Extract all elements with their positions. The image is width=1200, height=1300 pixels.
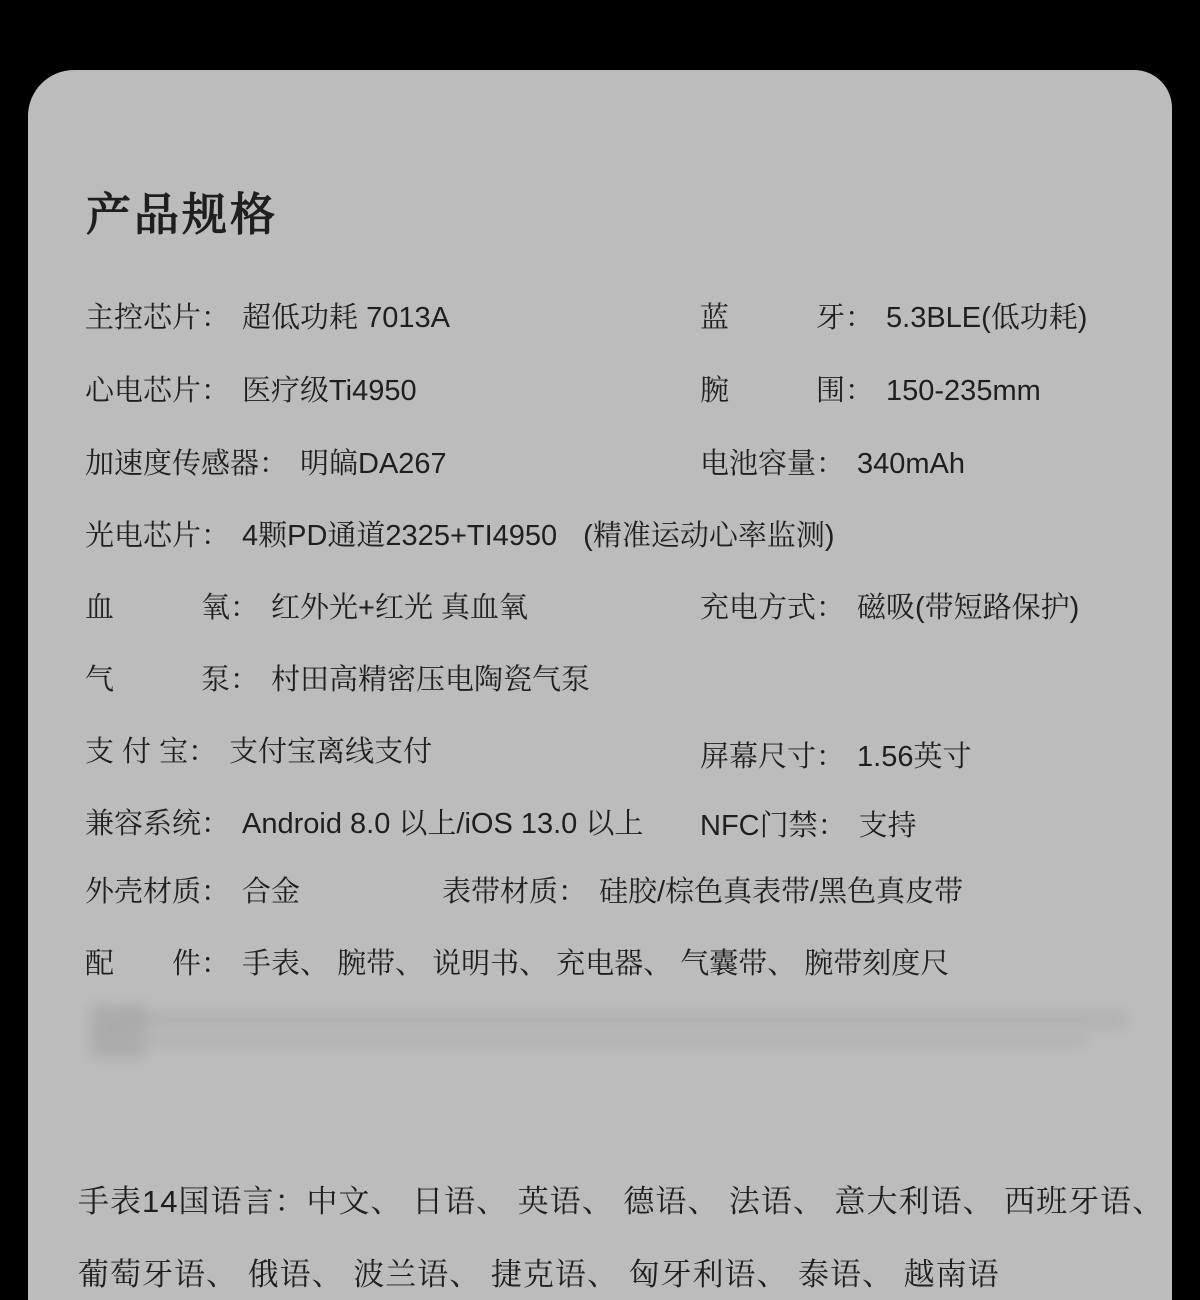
- spec-label: 主控芯片：: [85, 301, 230, 336]
- spec-value: 支付宝离线支付: [229, 736, 432, 768]
- spec-row-charging: 充电方式：磁吸(带短路保护): [700, 591, 1079, 626]
- watermark-streak: [123, 1011, 1128, 1028]
- spec-value: 支持: [859, 810, 917, 842]
- spec-label: 电池容量：: [700, 447, 845, 482]
- spec-label: 表带材质：: [442, 875, 587, 910]
- spec-row-blood-oxygen: 血 氧：红外光+红光 真血氧: [85, 591, 528, 626]
- spec-label: 加速度传感器：: [85, 447, 288, 482]
- spec-row-optical-chip: 光电芯片：4颗PD通道2325+TI4950(精准运动心率监测): [85, 519, 835, 554]
- spec-note: (精准运动心率监测): [583, 520, 834, 552]
- spec-label: 屏幕尺寸：: [700, 740, 845, 775]
- spec-label: 外壳材质：: [85, 875, 230, 910]
- spec-label: NFC门禁：: [700, 809, 847, 844]
- spec-row-materials: 外壳材质：合金 表带材质：硅胶/棕色真表带/黑色真皮带: [85, 875, 300, 910]
- spec-row-air-pump: 气 泵：村田高精密压电陶瓷气泵: [85, 663, 590, 698]
- spec-value: 4颗PD通道2325+TI4950: [242, 520, 557, 552]
- spec-value: 合金: [242, 876, 300, 908]
- spec-value: 150-235mm: [886, 375, 1041, 407]
- spec-row-wrist-size: 腕 围：150-235mm: [700, 374, 1041, 409]
- spec-row-alipay: 支 付 宝：支付宝离线支付: [85, 735, 432, 770]
- spec-row-accelerometer: 加速度传感器：明皜DA267: [85, 447, 447, 482]
- spec-label: 兼容系统：: [85, 807, 230, 842]
- spec-value: 超低功耗 7013A: [242, 302, 450, 334]
- spec-value: 1.56英寸: [857, 741, 971, 773]
- spec-value: Android 8.0 以上/iOS 13.0 以上: [242, 808, 643, 840]
- spec-row-nfc: NFC门禁：支持: [700, 809, 917, 844]
- spec-label: 配 件：: [85, 947, 230, 982]
- spec-card: 产品规格 主控芯片：超低功耗 7013A 心电芯片：医疗级Ti4950 加速度传…: [28, 70, 1172, 1300]
- spec-value: 村田高精密压电陶瓷气泵: [271, 664, 590, 696]
- spec-label: 光电芯片：: [85, 519, 230, 554]
- languages-line-1: 手表14国语言：中文、 日语、 英语、 德语、 法语、 意大利语、 西班牙语、: [78, 1176, 1164, 1221]
- languages-line-2: 葡萄牙语、 俄语、 波兰语、 捷克语、 匈牙利语、 泰语、 越南语: [78, 1249, 1000, 1294]
- spec-value: 红外光+红光 真血氧: [271, 592, 528, 624]
- spec-row-battery: 电池容量：340mAh: [700, 447, 965, 482]
- spec-value: 硅胶/棕色真表带/黑色真皮带: [599, 876, 963, 908]
- spec-label: 充电方式：: [700, 591, 845, 626]
- spec-value: 340mAh: [857, 448, 965, 480]
- watermark-smudge: [68, 1003, 1148, 1061]
- spec-label: 蓝 牙：: [700, 301, 874, 336]
- spec-value: 磁吸(带短路保护): [857, 592, 1079, 624]
- spec-row-accessories: 配 件：手表、 腕带、 说明书、 充电器、 气囊带、 腕带刻度尺: [85, 947, 949, 982]
- spec-row-bluetooth: 蓝 牙：5.3BLE(低功耗): [700, 301, 1087, 336]
- spec-label: 气 泵：: [85, 663, 259, 698]
- spec-row-screen-size: 屏幕尺寸：1.56英寸: [700, 740, 971, 775]
- spec-label: 血 氧：: [85, 591, 259, 626]
- spec-label: 心电芯片：: [85, 374, 230, 409]
- spec-label: 支 付 宝：: [85, 735, 217, 770]
- spec-row-ecg-chip: 心电芯片：医疗级Ti4950: [85, 374, 417, 409]
- spec-row-main-chip: 主控芯片：超低功耗 7013A: [85, 301, 450, 336]
- watermark-streak: [108, 1033, 1088, 1047]
- spec-value: 医疗级Ti4950: [242, 375, 417, 407]
- spec-row-compatibility: 兼容系统：Android 8.0 以上/iOS 13.0 以上: [85, 807, 643, 842]
- spec-value: 明皜DA267: [300, 448, 447, 480]
- page-title: 产品规格: [86, 178, 278, 243]
- spec-value: 5.3BLE(低功耗): [886, 302, 1087, 334]
- spec-label: 腕 围：: [700, 374, 874, 409]
- spec-value: 手表、 腕带、 说明书、 充电器、 气囊带、 腕带刻度尺: [242, 948, 949, 980]
